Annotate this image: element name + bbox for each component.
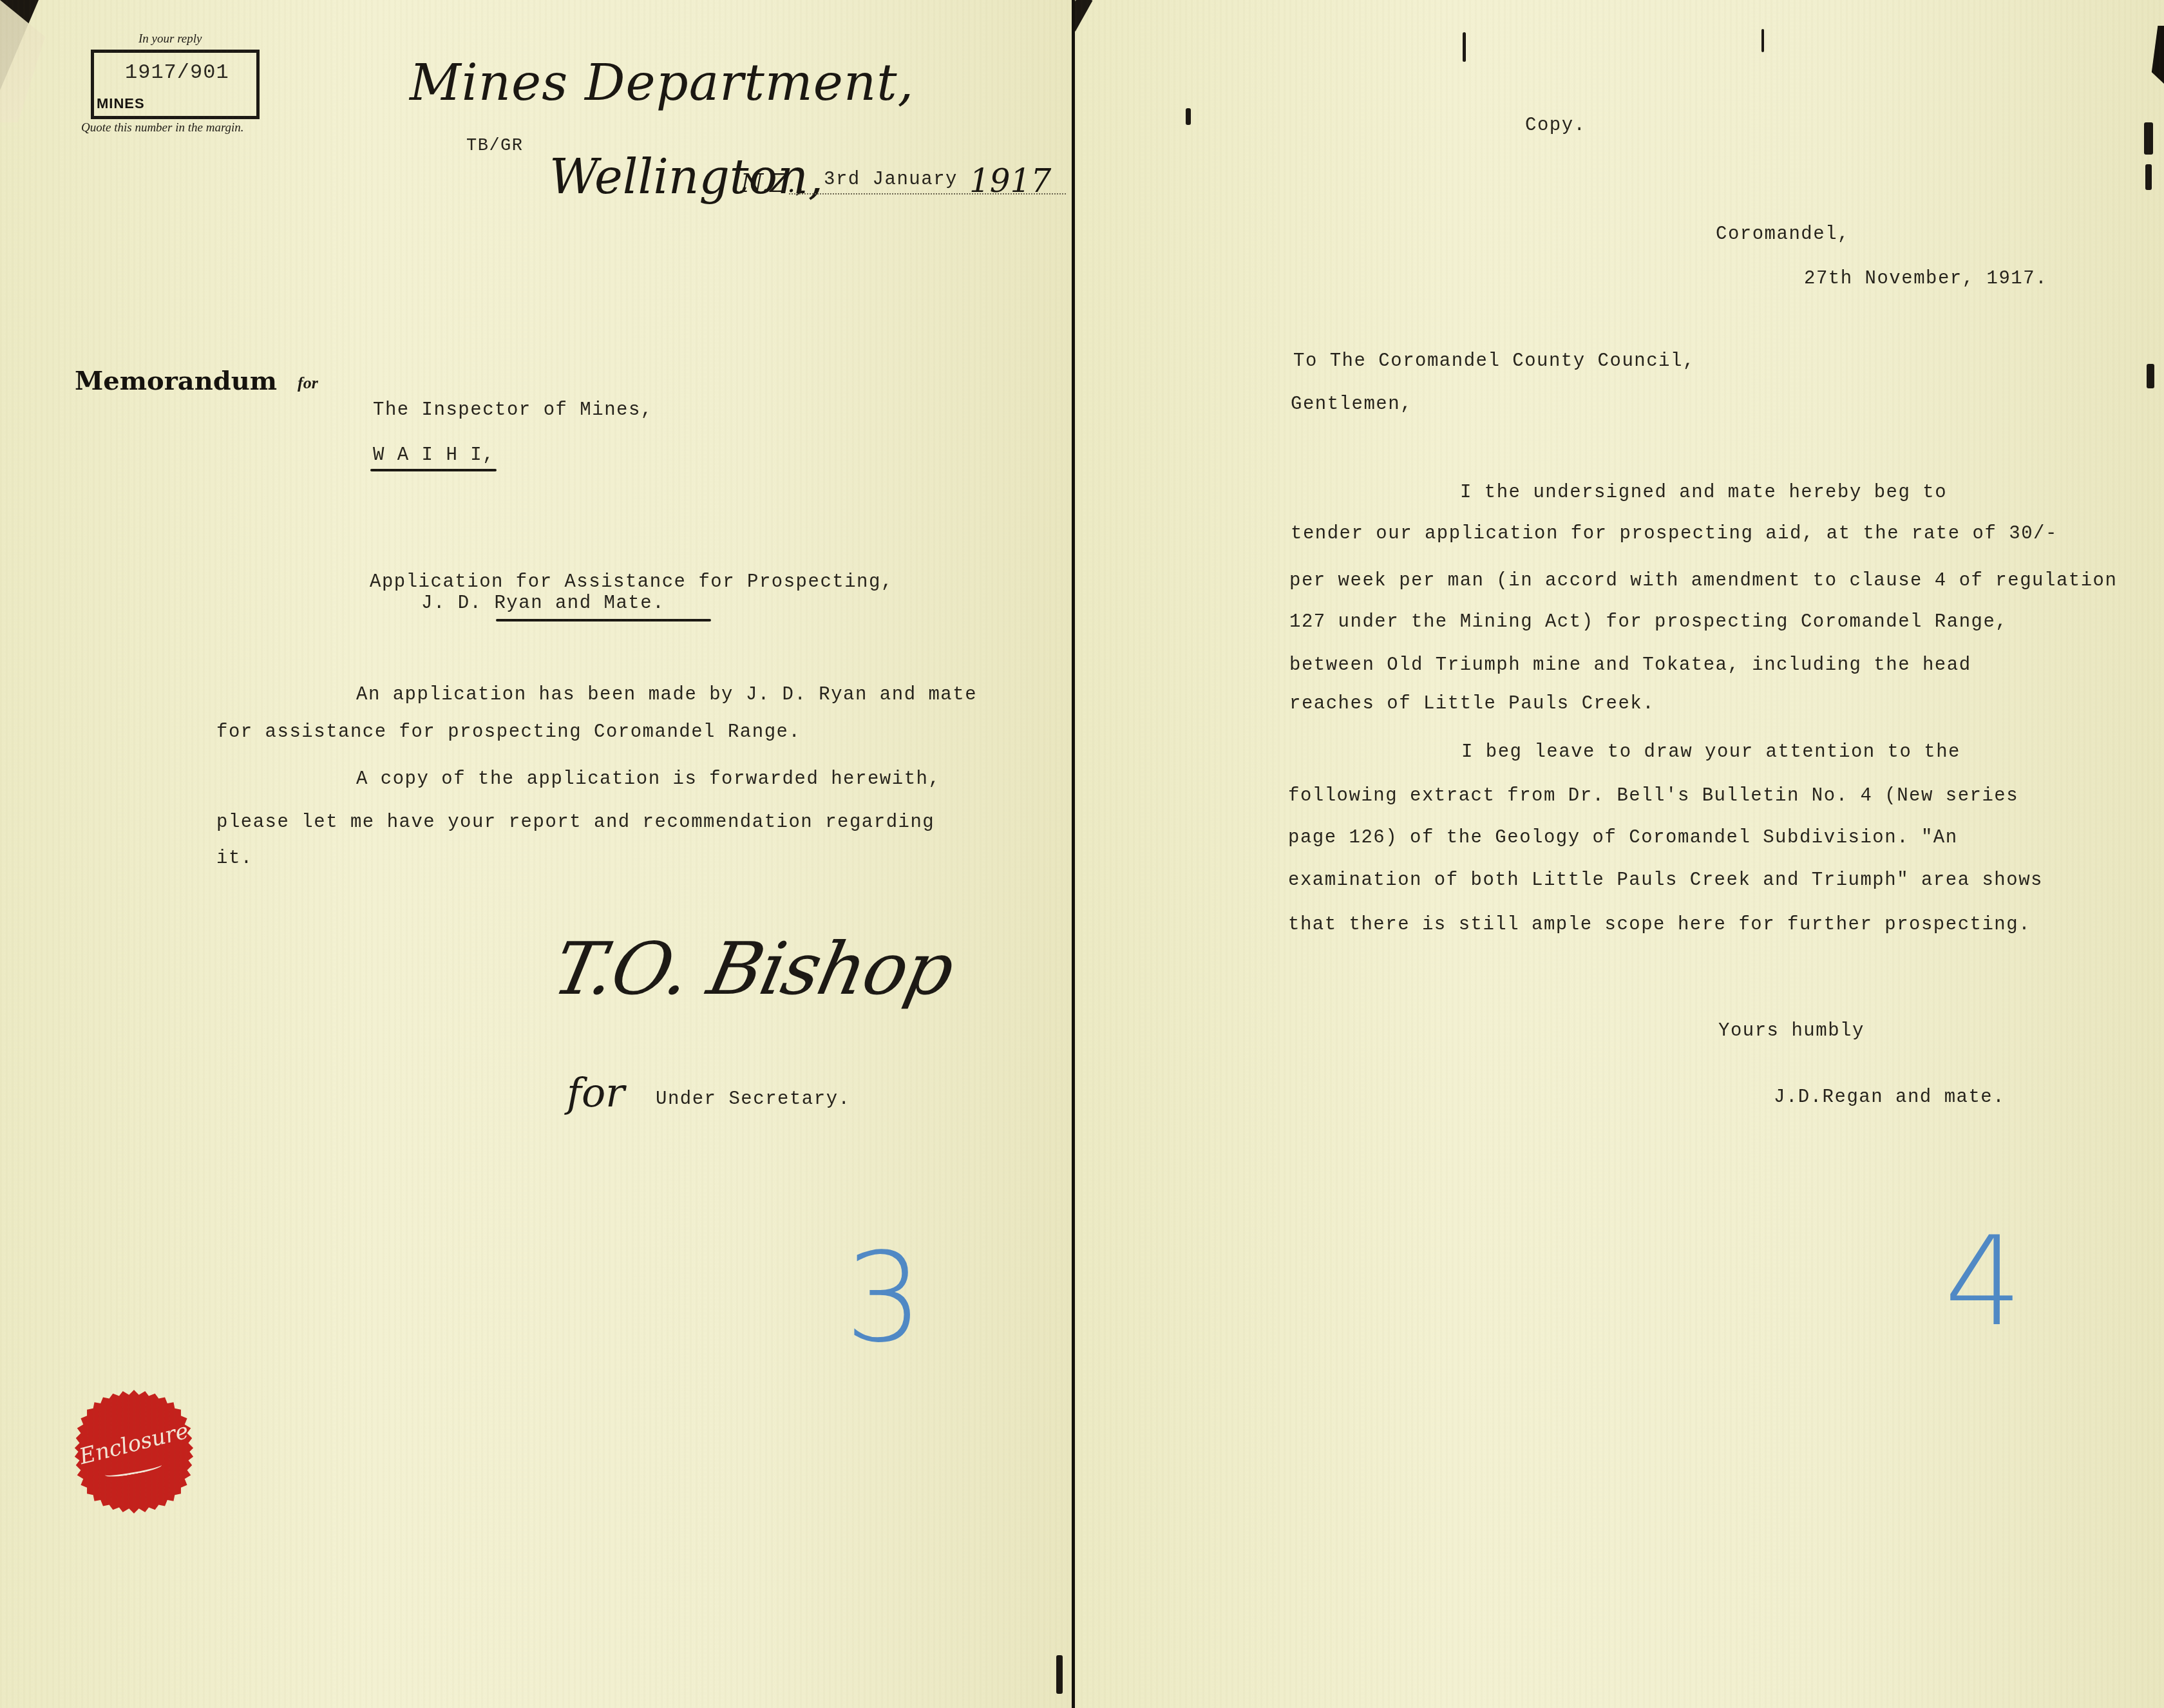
paragraph-line: tender our application for prospecting a… bbox=[1291, 523, 2058, 544]
seal-flourish-icon bbox=[104, 1461, 163, 1479]
paragraph-line: that there is still ample scope here for… bbox=[1288, 914, 2031, 935]
letterhead-reference: TB/GR bbox=[466, 137, 524, 156]
copy-header: Copy. bbox=[1525, 115, 1586, 136]
reply-reference-box: 1917/901 MINES bbox=[91, 50, 260, 119]
body-line: An application has been made by J. D. Ry… bbox=[356, 684, 977, 705]
letter-page-right: Copy. Coromandel, 27th November, 1917. T… bbox=[1075, 0, 2164, 1708]
signatory-title: Under Secretary. bbox=[656, 1088, 850, 1110]
letter-signatory: J.D.Regan and mate. bbox=[1774, 1086, 2005, 1108]
subject-underline bbox=[496, 619, 711, 622]
pin-hole-mark bbox=[1463, 32, 1466, 62]
body-line: it. bbox=[216, 848, 253, 869]
letter-closing: Yours humbly bbox=[1718, 1020, 1865, 1041]
subject-line-1: Application for Assistance for Prospecti… bbox=[370, 571, 893, 593]
letterhead-date: 3rd January bbox=[824, 169, 958, 190]
torn-corner bbox=[1075, 0, 1093, 32]
subject-line-2: J. D. Ryan and Mate. bbox=[421, 593, 665, 614]
letter-place: Coromandel, bbox=[1716, 223, 1850, 245]
enclosure-seal: Enclosure bbox=[72, 1390, 196, 1513]
paragraph-line: examination of both Little Pauls Creek a… bbox=[1288, 869, 2043, 891]
reply-file-number: 1917/901 bbox=[125, 61, 229, 84]
memo-page-left: In your reply 1917/901 MINES Quote this … bbox=[0, 0, 1072, 1708]
pin-hole-mark bbox=[1186, 108, 1191, 125]
folio-number-left: 3 bbox=[845, 1227, 923, 1369]
memorandum-for: for bbox=[298, 374, 318, 393]
paragraph-line: I beg leave to draw your attention to th… bbox=[1461, 741, 1960, 763]
handwritten-signature: T.O. Bishop bbox=[546, 927, 960, 1011]
recipient-underline bbox=[370, 469, 497, 471]
body-line: for assistance for prospecting Coromande… bbox=[216, 721, 801, 743]
memo-recipient: The Inspector of Mines, bbox=[373, 399, 653, 421]
paragraph-line: page 126) of the Geology of Coromandel S… bbox=[1288, 827, 1958, 848]
binding-mark bbox=[2145, 164, 2152, 190]
letterhead-department: Mines Department, bbox=[410, 54, 914, 112]
letter-addressee: To The Coromandel County Council, bbox=[1293, 350, 1695, 372]
letterhead-year: 1917 bbox=[969, 162, 1051, 200]
paragraph-line: following extract from Dr. Bell's Bullet… bbox=[1288, 785, 2018, 806]
folio-number-right: 4 bbox=[1944, 1211, 2022, 1353]
binding-mark bbox=[2147, 364, 2154, 388]
torn-edge bbox=[2149, 26, 2164, 84]
binding-mark bbox=[1056, 1655, 1063, 1694]
year-handwritten: 7 bbox=[1030, 162, 1051, 200]
reply-department-stamp: MINES bbox=[97, 95, 145, 112]
enclosure-label: Enclosure bbox=[71, 1416, 197, 1471]
signature-for-script: for bbox=[567, 1069, 625, 1116]
body-line: A copy of the application is forwarded h… bbox=[356, 768, 940, 790]
pin-hole-mark bbox=[1761, 29, 1764, 52]
reply-box-top-label: In your reply bbox=[138, 32, 202, 46]
reply-box-bottom-label: Quote this number in the margin. bbox=[81, 121, 244, 135]
body-line: please let me have your report and recom… bbox=[216, 811, 935, 833]
paragraph-line: between Old Triumph mine and Tokatea, in… bbox=[1289, 654, 1971, 676]
letter-date: 27th November, 1917. bbox=[1804, 268, 2047, 289]
memorandum-heading: Memorandum bbox=[75, 366, 277, 396]
binding-mark bbox=[2144, 122, 2153, 155]
year-printed: 191 bbox=[969, 162, 1030, 200]
paragraph-line: 127 under the Mining Act) for prospectin… bbox=[1289, 611, 2007, 632]
letter-salutation: Gentlemen, bbox=[1291, 394, 1412, 415]
memo-recipient-location: W A I H I, bbox=[373, 444, 495, 466]
paragraph-line: I the undersigned and mate hereby beg to bbox=[1460, 482, 1947, 503]
paragraph-line: per week per man (in accord with amendme… bbox=[1289, 570, 2117, 591]
paragraph-line: reaches of Little Pauls Creek. bbox=[1289, 693, 1655, 714]
